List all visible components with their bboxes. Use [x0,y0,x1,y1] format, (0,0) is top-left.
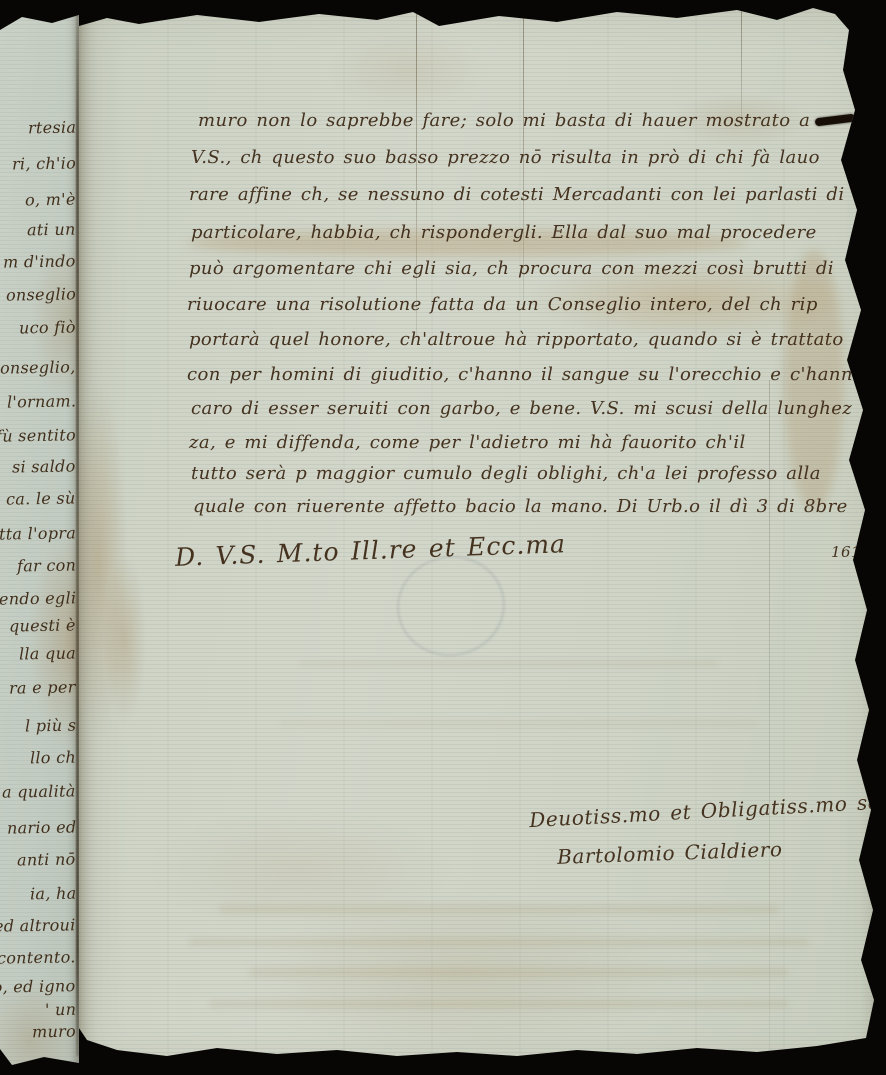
fragment-line: onseglio, [0,357,76,377]
show-through-text [209,1000,789,1008]
fragment-line: l'ornam. [7,391,77,411]
fragment-line: questi è [9,615,76,635]
fragment-line: no, ed igno [0,976,76,997]
facing-page-edge: rtesia ri, ch'io o, m'è ati un m d'indo … [0,0,79,1075]
letter-line: za, e mi diffenda, come per l'adietro mi… [189,432,746,453]
fragment-line: fù sentito [0,425,76,445]
fragment-line: contento. [0,947,76,967]
fragment-line: ati un [27,220,76,240]
fragment-line: nario ed [6,817,76,837]
fragment-line: m d'indo [3,251,76,271]
fold-crease [741,0,742,120]
letter-page: muro non lo saprebbe fare; solo mi basta… [79,0,886,1075]
show-through-text [249,968,789,977]
fragment-line: rendo egli [0,588,76,608]
fragment-line: o, m'è [25,190,76,210]
letter-line: muro non lo saprebbe fare; solo mi basta… [198,110,810,131]
fragment-line: ' un [45,1000,77,1020]
show-through-text [279,720,759,727]
letter-line: caro di esser seruiti con garbo, e bene.… [191,398,852,419]
binding-fold-line [76,14,79,1056]
fragment-line: si saldo [12,456,76,476]
fragment-line: l più s [25,716,77,736]
fragment-line: anti nō [17,849,76,869]
letter-line: particolare, habbia, ch rispondergli. El… [191,222,817,243]
letter-line: con per homini di giuditio, c'hanno il s… [187,364,864,385]
fragment-line: ia, ha [29,884,76,904]
show-through-text [219,905,779,914]
watermark-circle [389,547,513,664]
fragment-line: lla qua [19,644,76,664]
letter-line: V.S., ch questo suo basso prezzo nō risu… [191,147,820,168]
letter-line: quale con riuerente affetto bacio la man… [193,496,848,517]
letter-line: rare affine ch, se nessuno di cotesti Me… [189,184,886,205]
letter-line: può argomentare chi egli sia, ch procura… [189,258,834,279]
fragment-line: llo ch [30,748,76,768]
fragment-line: ed altroui [0,915,76,935]
signature-closing: Deuotiss.mo et Obligatiss.mo ser.re [529,788,886,832]
fragment-line: ca. le sù [6,488,76,508]
fragment-line: onseglio [6,284,76,304]
fragment-line: a qualità [2,781,76,801]
fragment-line: ra e per [9,677,76,697]
letter-line: portarà quel honore, ch'altroue hà rippo… [189,329,844,350]
valediction: D. V.S. M.to Ill.re et Ecc.ma [175,529,567,572]
date-year: 1617 [831,543,871,561]
fragment-line: rtesia [28,118,77,138]
fragment-line: uco fiò [19,318,76,338]
ink-blot [815,114,856,127]
letter-line: tutto serà p maggior cumulo degli obligh… [191,463,821,484]
letter-line: riuocare una risolutione fatta da un Con… [187,294,818,315]
show-through-text [189,938,809,946]
fragment-line: muro [32,1022,76,1042]
fragment-line: tta l'opra [0,523,76,543]
show-through-text [299,660,719,667]
fragment-line: ri, ch'io [12,153,76,173]
signature-name: Bartolomio Cialdiero [557,837,783,869]
fragment-line: far con [17,555,77,575]
manuscript-scan: rtesia ri, ch'io o, m'è ati un m d'indo … [0,0,886,1075]
